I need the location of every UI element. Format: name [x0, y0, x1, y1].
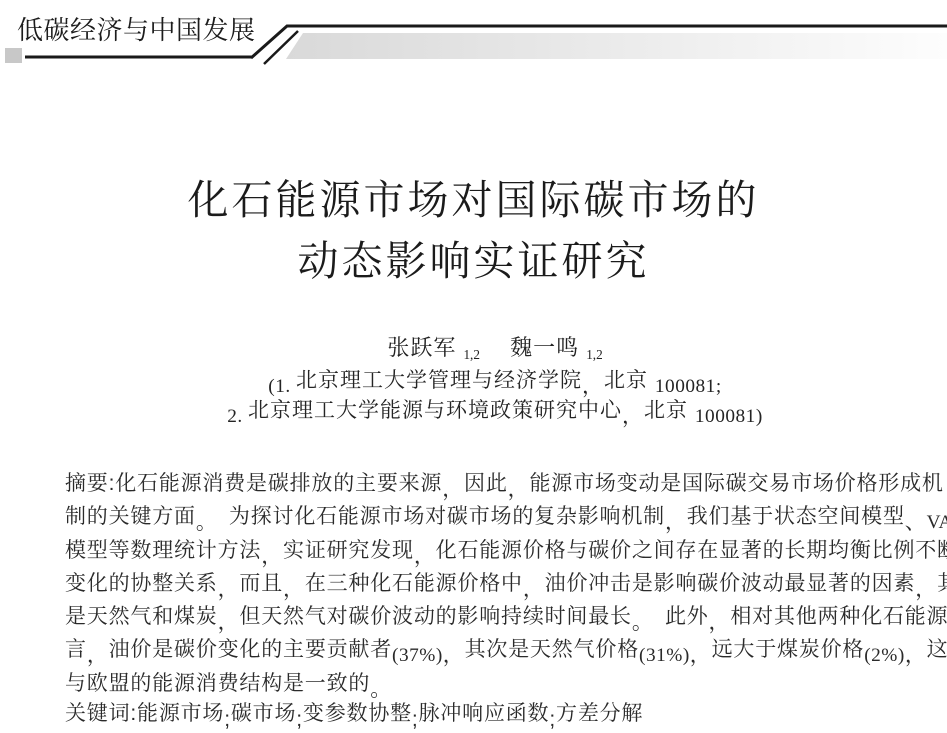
text-segment: ; — [224, 708, 231, 731]
text-segment: 北京 — [644, 399, 695, 422]
abstract-line: 制的关键方面。 为探讨化石能源市场对碳市场的复杂影响机制，我们基于状态空间模型、… — [65, 500, 931, 534]
text-segment: 此外 — [643, 605, 708, 628]
abstract-line: 模型等数理统计方法，实证研究发现，化石能源价格与碳价之间存在显著的长期均衡比例不… — [65, 534, 931, 567]
text-segment: 油价冲击是影响碳价波动最显著的因素 — [545, 572, 916, 595]
text-segment: ， — [915, 578, 937, 601]
text-segment: 能源市场变动是国际碳交易市场价格形成机 — [529, 472, 943, 495]
text-segment: 北京理工大学管理与经济学院 — [296, 369, 582, 392]
text-segment: ， — [218, 578, 240, 601]
text-segment: 但天然气对碳价波动的影响持续时间最长 — [239, 605, 631, 628]
text-segment: 为探讨化石能源市场对碳市场的复杂影响机制 — [207, 505, 665, 528]
text-segment: 变参数协整 — [303, 702, 412, 725]
text-segment: ， — [622, 405, 644, 428]
keywords-line: 关键词:能源市场;碳市场;变参数协整;脉冲响应函数;方差分解 — [65, 697, 931, 730]
text-segment: 1,2 — [463, 347, 479, 362]
text-segment: 100081; — [655, 376, 722, 397]
text-segment: ， — [709, 611, 731, 634]
text-segment: 碳市场 — [231, 702, 296, 725]
text-segment: ， — [261, 545, 283, 568]
text-segment: 化石能源价格与碳价之间存在显著的长期均衡比例不断 — [436, 539, 947, 562]
affiliation-line: (1. 北京理工大学管理与经济学院，北京 100081; — [50, 366, 940, 396]
text-segment: (2%) — [864, 645, 905, 666]
text-segment: ， — [283, 578, 305, 601]
text-segment: ; — [412, 708, 419, 731]
text-segment: ， — [442, 478, 464, 501]
masthead: 低碳经济与中国发展 — [0, 0, 947, 78]
text-segment: 。 — [196, 511, 207, 534]
text-segment: 这 — [927, 638, 947, 661]
text-segment: 与欧盟的能源消费结构是一致的 — [65, 672, 370, 695]
text-segment: 言 — [65, 638, 87, 661]
title-line-1: 化石能源市场对国际碳市场的 — [0, 170, 947, 231]
text-segment: 脉冲响应函数 — [419, 702, 550, 725]
abstract-line: 与欧盟的能源消费结构是一致的。 — [65, 667, 931, 700]
text-segment: ， — [523, 578, 545, 601]
text-segment: 油价是碳价变化的主要贡献者 — [109, 638, 392, 661]
text-segment: 相对其他两种化石能源而 — [730, 605, 947, 628]
text-segment: 我们基于状态空间模型 — [687, 505, 905, 528]
header-slash-accent — [264, 31, 298, 64]
text-segment: 其次是天然气价格 — [465, 638, 639, 661]
text-segment: (1. — [268, 376, 296, 397]
abstract-line: 变化的协整关系，而且，在三种化石能源价格中，油价冲击是影响碳价波动最显著的因素，… — [65, 567, 931, 600]
text-segment: (37%) — [392, 645, 443, 666]
affiliation-line: 2. 北京理工大学能源与环境政策研究中心，北京 100081) — [50, 396, 940, 426]
text-segment: ， — [905, 644, 927, 667]
text-segment: 变化的协整关系 — [65, 572, 218, 595]
text-segment: ， — [414, 545, 436, 568]
text-segment: ， — [87, 644, 109, 667]
text-segment: ， — [508, 478, 530, 501]
text-segment: 是天然气和煤炭 — [65, 605, 218, 628]
text-segment — [480, 335, 510, 360]
text-segment: 因此 — [464, 472, 508, 495]
series-title: 低碳经济与中国发展 — [17, 10, 256, 47]
header-gradient-band — [286, 33, 947, 59]
text-segment: 方差分解 — [556, 702, 643, 725]
title-line-2: 动态影响实证研究 — [0, 231, 947, 292]
text-segment: 北京理工大学能源与环境政策研究中心 — [248, 399, 622, 422]
text-segment: 模型等数理统计方法 — [65, 539, 261, 562]
journal-page: 低碳经济与中国发展 化石能源市场对国际碳市场的 动态影响实证研究 张跃军 1,2… — [0, 0, 947, 733]
text-segment: 。 — [632, 611, 643, 634]
text-segment: 100081) — [695, 406, 763, 427]
abstract-line: 言，油价是碳价变化的主要贡献者(37%)，其次是天然气价格(31%)，远大于煤炭… — [65, 633, 931, 667]
abstract-line: 摘要:化石能源消费是碳排放的主要来源，因此，能源市场变动是国际碳交易市场价格形成… — [65, 467, 931, 500]
text-segment: 、 — [905, 511, 927, 534]
text-segment: 2. — [227, 406, 248, 427]
text-segment: 1,2 — [586, 347, 602, 362]
text-segment: 魏一鸣 — [510, 335, 586, 360]
text-segment: ， — [443, 644, 465, 667]
text-segment: ， — [665, 511, 687, 534]
abstract-paragraph: 摘要:化石能源消费是碳排放的主要来源，因此，能源市场变动是国际碳交易市场价格形成… — [65, 467, 931, 700]
text-segment: ; — [549, 708, 556, 731]
affiliations: (1. 北京理工大学管理与经济学院，北京 100081;2. 北京理工大学能源与… — [50, 366, 940, 426]
text-segment: 关键词:能源市场 — [65, 702, 224, 725]
text-segment: 北京 — [604, 369, 655, 392]
text-segment: 实证研究发现 — [283, 539, 414, 562]
text-segment: 远大于煤炭价格 — [712, 638, 865, 661]
text-segment: 而且 — [239, 572, 283, 595]
text-segment: ; — [296, 708, 303, 731]
header-corner-square — [5, 48, 22, 63]
text-segment: 摘要:化石能源消费是碳排放的主要来源 — [65, 472, 442, 495]
text-segment: 制的关键方面 — [65, 505, 196, 528]
article-title: 化石能源市场对国际碳市场的 动态影响实证研究 — [0, 170, 947, 292]
text-segment: VAR — [927, 512, 947, 533]
text-segment: ， — [690, 644, 712, 667]
text-segment: 在三种化石能源价格中 — [305, 572, 523, 595]
authors-line: 张跃军 1,2 魏一鸣 1,2 — [50, 334, 940, 364]
text-segment: ， — [582, 375, 604, 398]
text-segment: 其次 — [937, 572, 947, 595]
text-segment: ， — [218, 611, 240, 634]
text-segment: 张跃军 — [387, 335, 463, 360]
text-segment: (31%) — [639, 645, 690, 666]
abstract-line: 是天然气和煤炭，但天然气对碳价波动的影响持续时间最长。 此外，相对其他两种化石能… — [65, 600, 931, 633]
